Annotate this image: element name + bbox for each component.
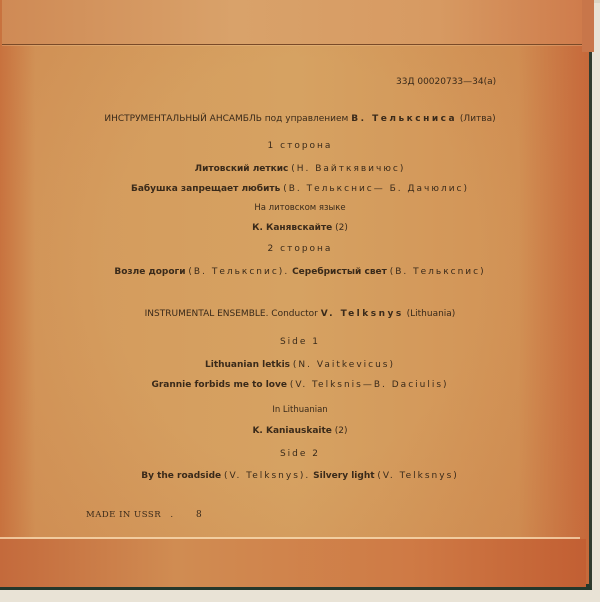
made-in-label: MADE IN USSR bbox=[86, 510, 161, 520]
ru-country: (Литва) bbox=[460, 114, 496, 124]
ru-side1-track-2: Бабушка запрещает любить (В. Телькснис— … bbox=[0, 184, 600, 194]
track-credit: (Н. Вайткявичюс) bbox=[291, 164, 405, 174]
track-title: Серебристый свет bbox=[292, 267, 387, 277]
track-credit: (В. Тельксnис). bbox=[188, 267, 289, 277]
en-side1-label: Side 1 bbox=[0, 337, 600, 347]
ru-side2-tracks: Возле дороги (В. Тельксnис). Серебристый… bbox=[0, 267, 600, 277]
ru-language-note: На литовском языке bbox=[0, 203, 600, 213]
track-credit: (V. Telksnys). bbox=[224, 471, 310, 481]
en-country: (Lithuania) bbox=[407, 309, 456, 319]
track-title: Возле дороги bbox=[114, 267, 185, 277]
track-title: By the roadside bbox=[141, 471, 221, 481]
vocalist-suffix: (2) bbox=[335, 426, 348, 436]
en-side1-track-2: Grannie forbids me to love (V. Telksnis—… bbox=[0, 380, 600, 390]
footer-dot: . bbox=[170, 510, 173, 520]
track-credit: (V. Telksnis—B. Daciulis) bbox=[290, 380, 449, 390]
ru-header-prefix: ИНСТРУМЕНТАЛЬНЫЙ АНСАМБЛЬ под управление… bbox=[104, 114, 348, 124]
en-side2-label: Side 2 bbox=[0, 449, 600, 459]
ru-conductor: В. Тельксниса bbox=[351, 114, 457, 124]
en-header-prefix: INSTRUMENTAL ENSEMBLE. Conductor bbox=[145, 309, 318, 319]
page-number: 8 bbox=[196, 510, 202, 520]
en-side1-track-1: Lithuanian letkis (N. Vaitkevicus) bbox=[0, 360, 600, 370]
track-title: Lithuanian letkis bbox=[205, 360, 290, 370]
track-title: Бабушка запрещает любить bbox=[131, 184, 280, 194]
en-vocalist: K. Kaniauskaite (2) bbox=[0, 426, 600, 436]
ru-side1-track-1: Литовский леткис (Н. Вайткявичюс) bbox=[0, 164, 600, 174]
vocalist-name: K. Kaniauskaite bbox=[252, 426, 331, 436]
vocalist-name: К. Канявскайте bbox=[252, 223, 332, 233]
track-credit: (N. Vaitkevicus) bbox=[293, 360, 395, 370]
track-title: Grannie forbids me to love bbox=[151, 380, 287, 390]
liner-text: 33Д 00020733—34(а) ИНСТРУМЕНТАЛЬНЫЙ АНСА… bbox=[0, 0, 600, 602]
vocalist-suffix: (2) bbox=[335, 223, 348, 233]
catalog-number: 33Д 00020733—34(а) bbox=[396, 77, 496, 87]
en-conductor: V. Telksnys bbox=[321, 309, 404, 319]
ru-vocalist: К. Канявскайте (2) bbox=[0, 223, 600, 233]
en-language-note: In Lithuanian bbox=[0, 405, 600, 415]
ru-side1-label: 1 сторона bbox=[0, 141, 600, 151]
ru-header: ИНСТРУМЕНТАЛЬНЫЙ АНСАМБЛЬ под управление… bbox=[0, 114, 600, 124]
track-title: Литовский леткис bbox=[195, 164, 289, 174]
track-credit: (V. Telksnys) bbox=[377, 471, 458, 481]
en-side2-tracks: By the roadside (V. Telksnys). Silvery l… bbox=[0, 471, 600, 481]
track-title: Silvery light bbox=[313, 471, 374, 481]
made-in-ussr: MADE IN USSR . bbox=[86, 510, 174, 520]
track-credit: (В. Телькснис— Б. Дачюлис) bbox=[283, 184, 469, 194]
track-credit: (В. Тельксnис) bbox=[390, 267, 486, 277]
ru-side2-label: 2 сторона bbox=[0, 244, 600, 254]
en-header: INSTRUMENTAL ENSEMBLE. Conductor V. Telk… bbox=[0, 309, 600, 319]
